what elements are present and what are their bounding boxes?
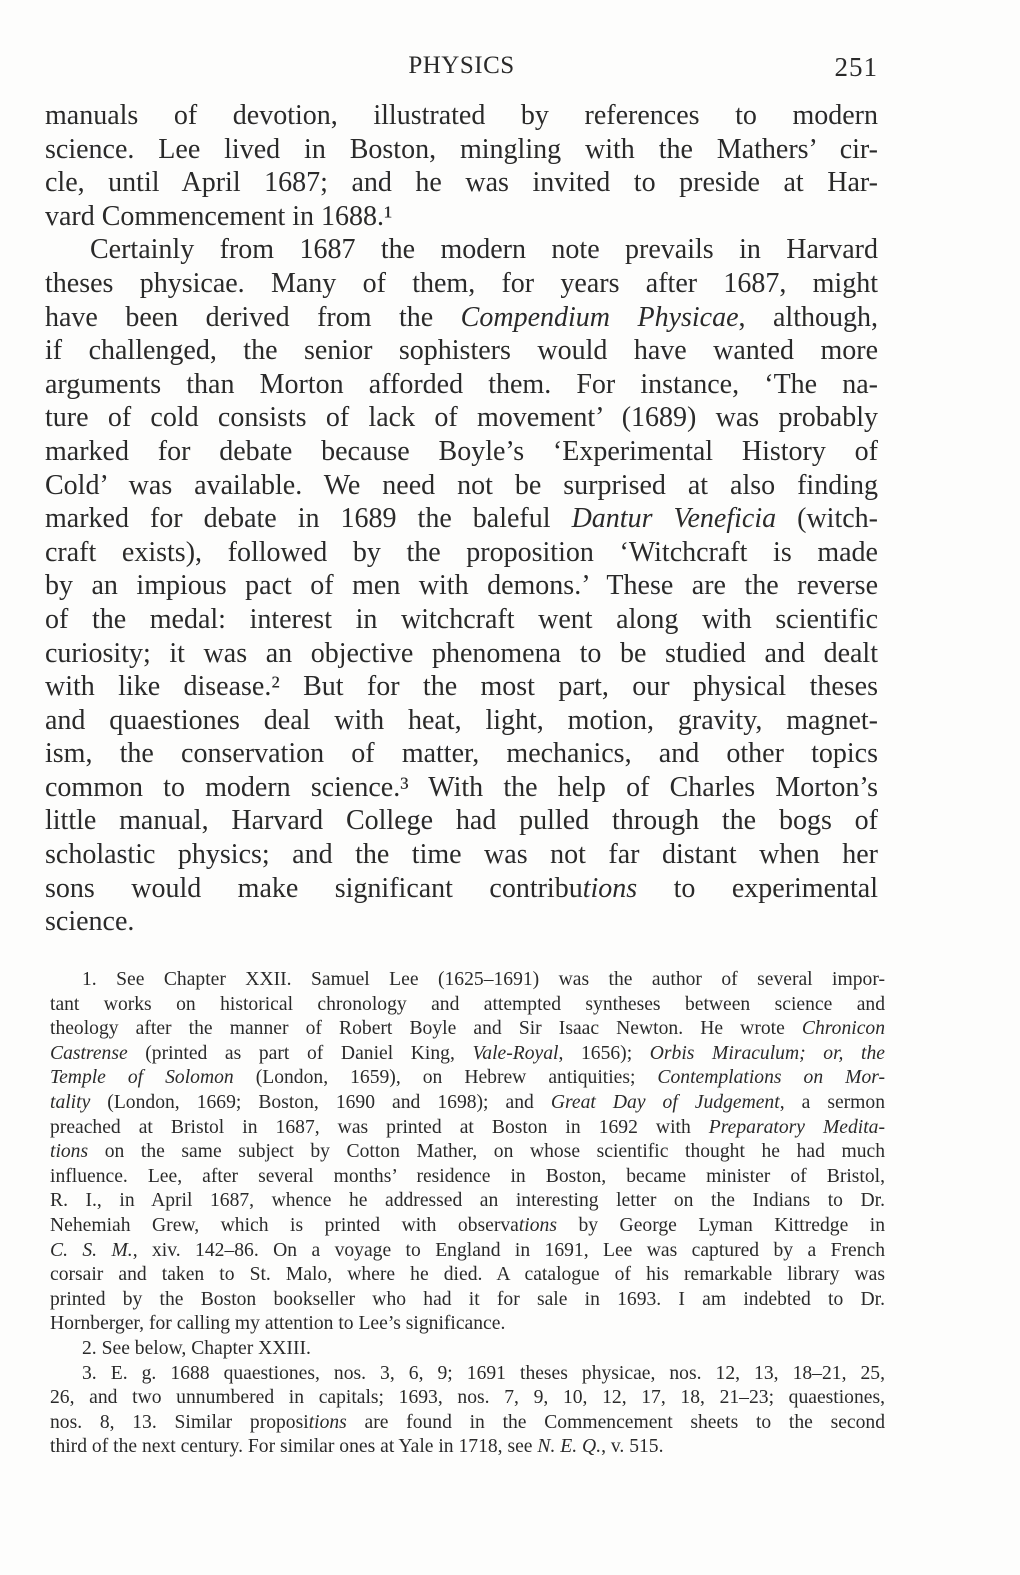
body-line: Cold’ was available. We need not be surp… <box>45 469 878 503</box>
italic-title: Contemplations on Mor- <box>657 1067 885 1088</box>
body-line: marked for debate because Boyle’s ‘Exper… <box>45 435 878 469</box>
italic-title: tions <box>50 1141 88 1162</box>
footnote-line: tions on the same subject by Cotton Math… <box>50 1140 885 1165</box>
footnote-line: Nehemiah Grew, which is printed with obs… <box>50 1214 885 1239</box>
footnote-line: Hornberger, for calling my attention to … <box>50 1312 885 1337</box>
italic-title: N. E. Q. <box>537 1436 601 1457</box>
body-line: marked for debate in 1689 the baleful Da… <box>45 502 878 536</box>
body-line: little manual, Harvard College had pulle… <box>45 804 878 838</box>
body-line: science. Lee lived in Boston, mingling w… <box>45 133 878 167</box>
body-line: have been derived from the Compendium Ph… <box>45 301 878 335</box>
body-line: theses physicae. Many of them, for years… <box>45 267 878 301</box>
italic-title: tions <box>309 1412 347 1433</box>
italic-title: Dantur Veneficia <box>572 503 777 534</box>
body-line: ture of cold consists of lack of movemen… <box>45 401 878 435</box>
body-line: of the medal: interest in witchcraft wen… <box>45 603 878 637</box>
body-line: and quaestiones deal with heat, light, m… <box>45 704 878 738</box>
italic-title: C. S. M. <box>50 1240 133 1261</box>
body-text: manuals of devotion, illustrated by refe… <box>45 99 878 939</box>
italic-title: tions <box>519 1215 557 1236</box>
footnote-line: Castrense (printed as part of Daniel Kin… <box>50 1042 885 1067</box>
footnote-line: theology after the manner of Robert Boyl… <box>50 1017 885 1042</box>
footnote-2: 2. See below, Chapter XXIII. <box>50 1337 885 1362</box>
italic-title: Temple of Solomon <box>50 1067 234 1088</box>
footnote-3-start: 3. E. g. 1688 quaestiones, nos. 3, 6, 9;… <box>50 1362 885 1387</box>
footnote-line: R. I., in April 1687, whence he addresse… <box>50 1189 885 1214</box>
page-number: 251 <box>835 52 879 83</box>
body-line: ism, the conservation of matter, mechani… <box>45 737 878 771</box>
body-line: sons would make significant contribution… <box>45 872 878 906</box>
italic-title: Chronicon <box>802 1018 885 1039</box>
running-head-title: PHYSICS <box>45 52 878 80</box>
footnote-line: printed by the Boston bookseller who had… <box>50 1288 885 1313</box>
footnote-1-start: 1. See Chapter XXII. Samuel Lee (1625–16… <box>50 968 885 993</box>
footnote-line: tant works on historical chronology and … <box>50 993 885 1018</box>
body-line: craft exists), followed by the propositi… <box>45 536 878 570</box>
footnote-line: Temple of Solomon (London, 1659), on Heb… <box>50 1066 885 1091</box>
paragraph-start-line: Certainly from 1687 the modern note prev… <box>45 233 878 267</box>
body-line: with like disease.² But for the most par… <box>45 670 878 704</box>
book-page: PHYSICS 251 manuals of devotion, illustr… <box>0 0 1020 1575</box>
italic-title: Castrense <box>50 1043 128 1064</box>
body-line: science. <box>45 905 878 939</box>
footnotes: 1. See Chapter XXII. Samuel Lee (1625–16… <box>50 968 885 1460</box>
italic-title: Orbis Miraculum; or, the <box>650 1043 885 1064</box>
running-head: PHYSICS 251 <box>45 52 878 84</box>
body-line: scholastic physics; and the time was not… <box>45 838 878 872</box>
footnote-line: C. S. M., xiv. 142–86. On a voyage to En… <box>50 1239 885 1264</box>
footnote-line: preached at Bristol in 1687, was printed… <box>50 1116 885 1141</box>
italic-title: Great Day of Judgement <box>551 1092 780 1113</box>
footnote-line: tality (London, 1669; Boston, 1690 and 1… <box>50 1091 885 1116</box>
body-line: vard Commencement in 1688.¹ <box>45 200 878 234</box>
body-line: arguments than Morton afforded them. For… <box>45 368 878 402</box>
footnote-line: third of the next century. For similar o… <box>50 1435 885 1460</box>
body-line: manuals of devotion, illustrated by refe… <box>45 99 878 133</box>
body-line: common to modern science.³ With the help… <box>45 771 878 805</box>
footnote-line: nos. 8, 13. Similar propositions are fou… <box>50 1411 885 1436</box>
italic-title: Vale-Royal <box>473 1043 559 1064</box>
italic-title: Preparatory Medita- <box>709 1117 885 1138</box>
italic-title: tions <box>583 873 637 904</box>
body-line: curiosity; it was an objective phenomena… <box>45 637 878 671</box>
footnote-line: influence. Lee, after several months’ re… <box>50 1165 885 1190</box>
footnote-line: corsair and taken to St. Malo, where he … <box>50 1263 885 1288</box>
footnote-line: 26, and two unnumbered in capitals; 1693… <box>50 1386 885 1411</box>
italic-title: tality <box>50 1092 90 1113</box>
italic-title: Compendium Physicae <box>461 302 739 333</box>
body-line: cle, until April 1687; and he was invite… <box>45 166 878 200</box>
body-line: if challenged, the senior sophisters wou… <box>45 334 878 368</box>
body-line: by an impious pact of men with demons.’ … <box>45 569 878 603</box>
